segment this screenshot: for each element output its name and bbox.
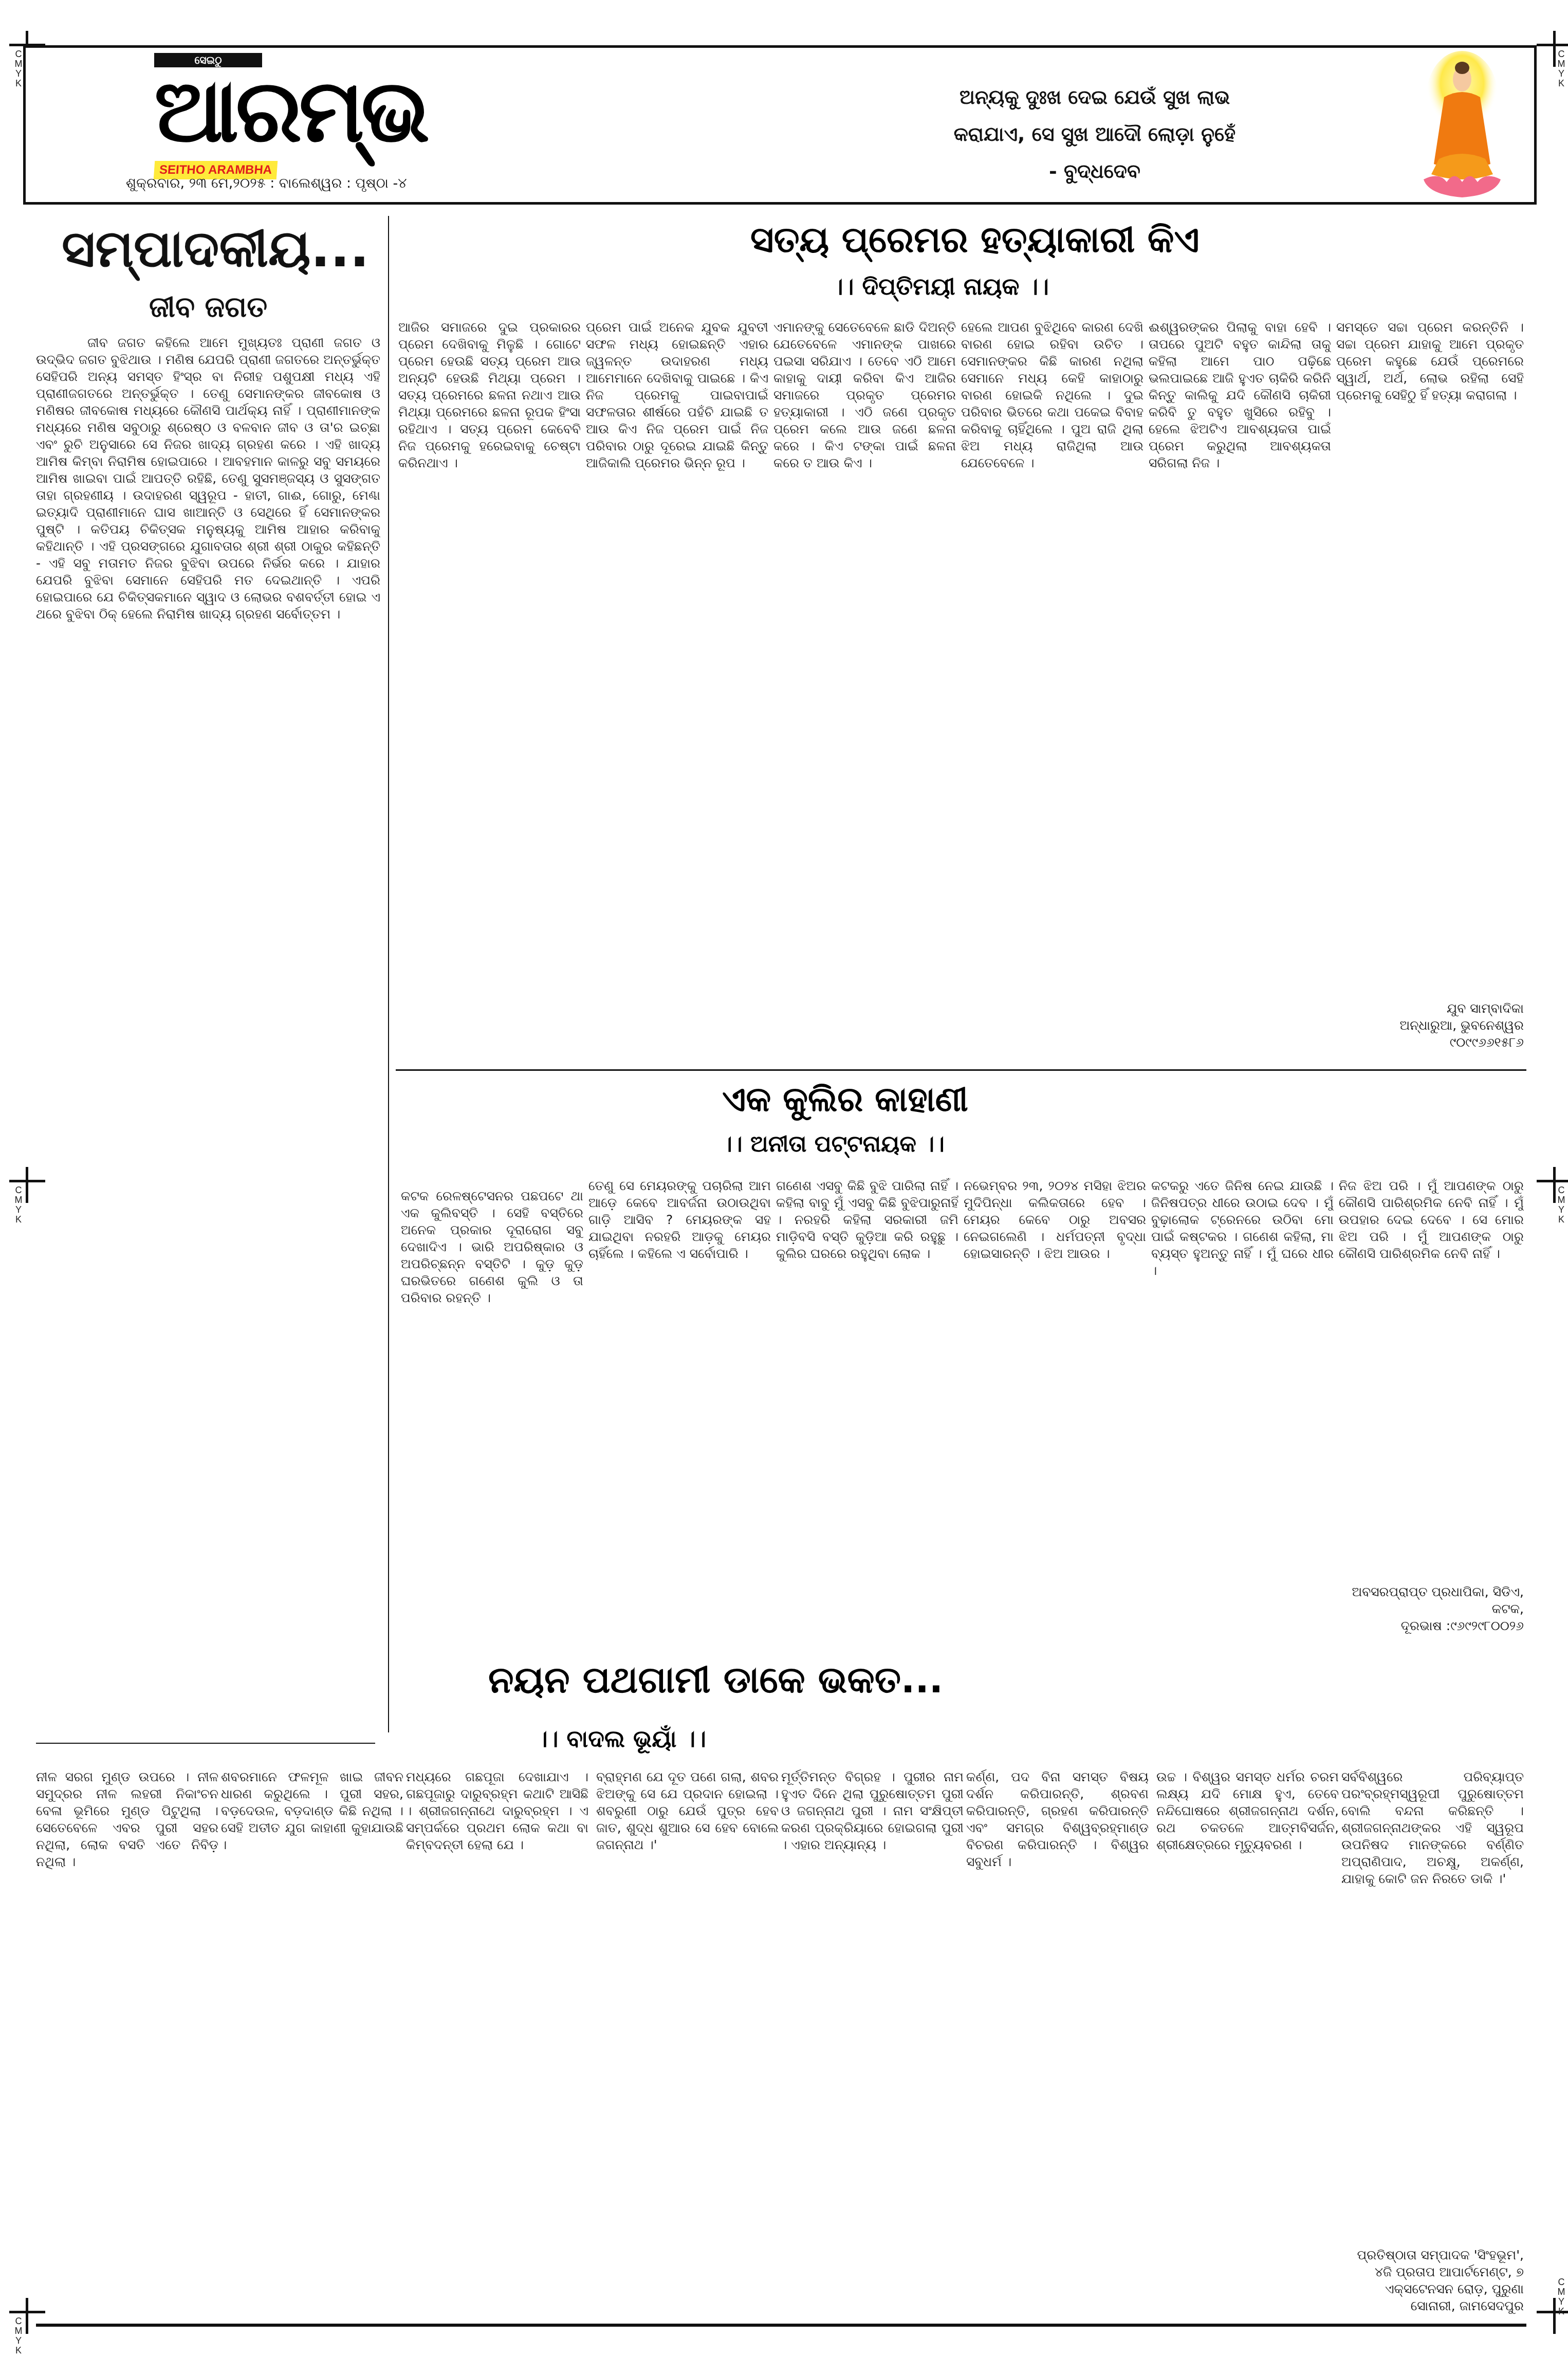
article-column: କଟକରୁ ଏତେ ଜିନିଷ ନେଇ ଯାଉଛି । ଜିନିଷପତ୍ର ଧୀ… bbox=[1151, 1177, 1334, 1727]
dateline: ଶୁକ୍ରବାର, ୨୩ ମେ,୨୦୨୫ : ବାଲେଶ୍ୱର : ପୃଷ୍ଠା… bbox=[126, 175, 407, 192]
author-signature: ପ୍ରତିଷ୍ଠାତା ସମ୍ପାଦକ 'ସିଂହଭୂମ', ୪ଜି ପ୍ରତା… bbox=[1336, 2247, 1524, 2314]
column-divider bbox=[388, 216, 389, 1732]
brand-logo: ସେଇଠୁ ଆରମ୍ଭ SEITHO ARAMBHA bbox=[154, 53, 288, 155]
article-title: ନୟନ ପଥଗାମୀ ଡାକେ ଭକତ... bbox=[488, 1658, 943, 1702]
quote-line-1: ଅନ୍ୟକୁ ଦୁଃଖ ଦେଇ ଯେଉଁ ସୁଖ ଲାଭ bbox=[946, 79, 1244, 116]
page-bottom-rule bbox=[36, 2324, 1526, 2327]
article-column: ନିଜ ଝିଅ ପରି । ମୁଁ ଆପଣଙ୍କ ଠାରୁ କୌଣସି ପାରି… bbox=[1339, 1177, 1524, 1578]
article-column: ହେଲେ ଆପଣ ବୁଝିଥିବେ କାରଣ ଦେଖି ବାରଣ ହୋଇ ରହି… bbox=[961, 319, 1143, 1054]
article-byline: ।। ଦିପ୍ତିମୟୀ ନାୟକ ।। bbox=[833, 272, 1049, 301]
article-title: ସତ୍ୟ ପ୍ରେମର ହତ୍ୟାକାରୀ କିଏ bbox=[750, 218, 1200, 261]
section-divider bbox=[396, 1069, 1526, 1071]
section-divider bbox=[36, 1743, 375, 1744]
buddha-quote: ଅନ୍ୟକୁ ଦୁଃଖ ଦେଇ ଯେଉଁ ସୁଖ ଲାଭ କରାଯାଏ, ସେ … bbox=[946, 79, 1244, 190]
article-column: ଉଚ୍ଚ । ବିଶ୍ୱର ସମସ୍ତ ଧର୍ମର ଚରମ ଲକ୍ଷ୍ୟ ଯଦି… bbox=[1156, 1768, 1339, 2354]
article-byline: ।। ବାଦଲ ଭୂୟାଁ ।। bbox=[537, 1725, 706, 1754]
article-column: ନଭେମ୍ବର ୨୩, ୨୦୨୪ ମସିହା ଝିଅର ମୁଦିପିନ୍ଧା କ… bbox=[964, 1177, 1146, 1727]
article-byline: ।। ଅନୀତା ପଟ୍ଟନାୟକ ।। bbox=[722, 1131, 945, 1157]
article-column: କଟକ ରେଳଷ୍ଟେସନର ପଛପଟେ ଥା ଏକ କୁଲିବସ୍ତି । ସ… bbox=[401, 1188, 583, 1727]
article-column: ନୀଳ ସରଗ ମୁଣ୍ଡ ଉପରେ । ନୀଳ ସମୁଦ୍ରର ନୀଳ ଲହର… bbox=[36, 1768, 218, 2354]
masthead: ସେଇଠୁ ଆରମ୍ଭ SEITHO ARAMBHA ଶୁକ୍ରବାର, ୨୩ … bbox=[23, 45, 1537, 205]
section-title-editorial: ସମ୍ପାଦକୀୟ... bbox=[62, 218, 370, 279]
editorial-body: ଜୀବ ଜଗତ କହିଲେ ଆମେ ମୁଖ୍ୟତଃ ପ୍ରାଣୀ ଜଗତ ଓ ଉ… bbox=[36, 334, 380, 1732]
author-signature: ଅବସରପ୍ରାପ୍ତ ପ୍ରଧାପିକା, ସିଡିଏ, କଟକ, ଦୂରଭା… bbox=[1336, 1583, 1524, 1634]
brand-name: ଆରମ୍ଭ bbox=[154, 67, 288, 155]
author-phone: ଦୂରଭାଷ :୯୬୯୨୯୮୦୦୨୬ bbox=[1336, 1617, 1524, 1634]
registration-mark-mid-right: CMYK bbox=[1537, 1167, 1568, 1229]
quote-author: - ବୁଦ୍ଧଦେବ bbox=[946, 153, 1244, 190]
article-column: ଏମାନଙ୍କୁ ସେତେବେଳେ ଛାଡି ଦିଅନ୍ତି ଯେତେବେଳେ … bbox=[773, 319, 956, 1054]
article-column: ମୂର୍ତ୍ତିମନ୍ତ ବିଗ୍ରହ । ପୁରୀର ନାମ ହୁଏତ ଦିନ… bbox=[781, 1768, 964, 2354]
article-column: ଶବରମାନେ ଫଳମୂଳ ଖାଇ ଜୀବନ ଧାରଣ କରୁଥିଲେ । ପୁ… bbox=[221, 1768, 403, 2354]
quote-line-2: କରାଯାଏ, ସେ ସୁଖ ଆଦୌ ଲୋଡ଼ା ନୁହେଁ bbox=[946, 116, 1244, 153]
article-column: ବ୍ରାହ୍ମଣ ଯେ ଦୂତ ପଣେ ଗଲା, ଶବର ଝିଅଙ୍କୁ ସେ … bbox=[596, 1768, 779, 2354]
article-column: ତେଣୁ ସେ ମେୟରଙ୍କୁ ପଚାରିଲା ଆମ ଆଡ଼େ କେବେ ଆବ… bbox=[588, 1177, 771, 1727]
article-column: ପ୍ରେମ ପାଇଁ ଅନେକ ଯୁବକ ଯୁବତୀ ସଫଳ ମଧ୍ୟ ହୋଇଛ… bbox=[586, 319, 768, 1054]
registration-mark-top-right: CMYK bbox=[1537, 31, 1568, 93]
author-signature: ଯୁବ ସାମ୍ବାଦିକା ଅନ୍ଧାରୁଆ, ଭୁବନେଶ୍ୱର ୯୦୯୯୬… bbox=[1336, 1000, 1524, 1051]
article-column: କର୍ଣ୍ଣ, ପଦ ବିନା ସମସ୍ତ ବିଷୟ ଦର୍ଶନ କରିପାରନ… bbox=[966, 1768, 1149, 2354]
article-column: ଈଶ୍ୱରଙ୍କର ପିଲାକୁ ବାହା ହେବି । ତାପରେ ପୁଅଟି… bbox=[1149, 319, 1331, 1054]
article-column: ଆଜିର ସମାଜରେ ଦୁଇ ପ୍ରକାରର ପ୍ରେମ ଦେଖିବାକୁ ମ… bbox=[398, 319, 581, 1054]
article-column: ସର୍ବବିଶ୍ୱରେ ପରିବ୍ୟାପ୍ତ ପରଂବ୍ରହ୍ମସ୍ୱରୂପୀ … bbox=[1341, 1768, 1524, 2216]
author-phone: ୯୦୯୯୬୬୧୫୮୬ bbox=[1336, 1034, 1524, 1051]
article-title: ଏକ କୁଲିର କାହାଣୀ bbox=[722, 1080, 968, 1120]
registration-mark-bottom-right: CMYK bbox=[1537, 2298, 1568, 2360]
article-column: ସମସ୍ତେ ସଚ୍ଚା ପ୍ରେମ କରନ୍ତିନି । ସଚ୍ଚା ପ୍ରେ… bbox=[1336, 319, 1524, 936]
article-column: ଗଣେଶ ଏସବୁ କିଛି ବୁଝି ପାରିଲା ନାହିଁ । କହିଲା… bbox=[776, 1177, 958, 1727]
buddha-image bbox=[1408, 51, 1516, 203]
article-column: ମଧ୍ୟରେ ଗଛପୂଜା ଦେଖାଯାଏ । ଗଛପୂଜାରୁ ଦାରୁବ୍ର… bbox=[406, 1768, 588, 2354]
editorial-title: ଜୀବ ଜଗତ bbox=[149, 290, 267, 324]
